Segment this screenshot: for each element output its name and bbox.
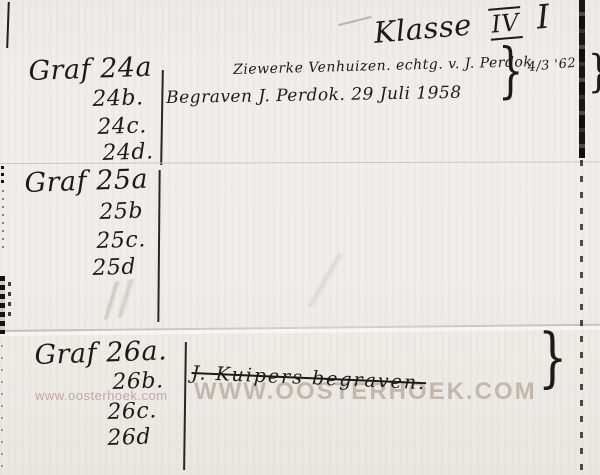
brace-partial-edge: } [588,46,600,98]
page-title-suffix: I [535,0,552,37]
brace: } [538,319,567,395]
binding-mark-left [1,166,4,186]
scanned-register-page: www.oosterhoek.com WWW.OOSTERHOEK.COM Kl… [0,0,600,475]
page-title: Klasse IV I [372,0,552,51]
graf-label: 26b. [112,368,164,395]
pencil-smudge [84,278,144,321]
date-note: 4/3 '62 [527,56,577,75]
page-edge-right-dashed [580,160,583,475]
pencil-stroke [338,16,371,26]
graf-label: 25b [99,198,143,225]
graf-label: Graf 24a [28,52,153,87]
burial-line-2: Begraven J. Perdok. 29 Juli 1958 [166,83,462,108]
binding-mark-left [2,190,4,252]
graf-label: 24b. [92,85,144,112]
fold-seam [0,161,600,164]
binding-mark-left [0,276,5,334]
graf-label: 25c. [96,227,146,254]
binding-mark-left [1,345,3,470]
graf-label: 24c. [97,113,147,140]
pencil-smudge [282,240,368,320]
page-edge-right-heavy [579,0,585,158]
graf-label: 26d [107,424,151,451]
burial-line-1: Ziewerke Venhuizen. echtg. v. J. Perdok [233,54,533,78]
binding-mark-left [6,2,10,48]
column-divider [183,342,187,470]
column-divider [157,170,160,322]
graf-label: Graf 26a. [34,335,168,371]
brace: } [498,37,523,106]
graf-label: Graf 25a [24,164,149,199]
graf-label: 25d [92,254,136,281]
page-title-prefix: Klasse [372,7,473,49]
graf-label: 26c. [107,398,157,425]
binding-mark-left [8,282,11,322]
column-divider [160,70,164,165]
